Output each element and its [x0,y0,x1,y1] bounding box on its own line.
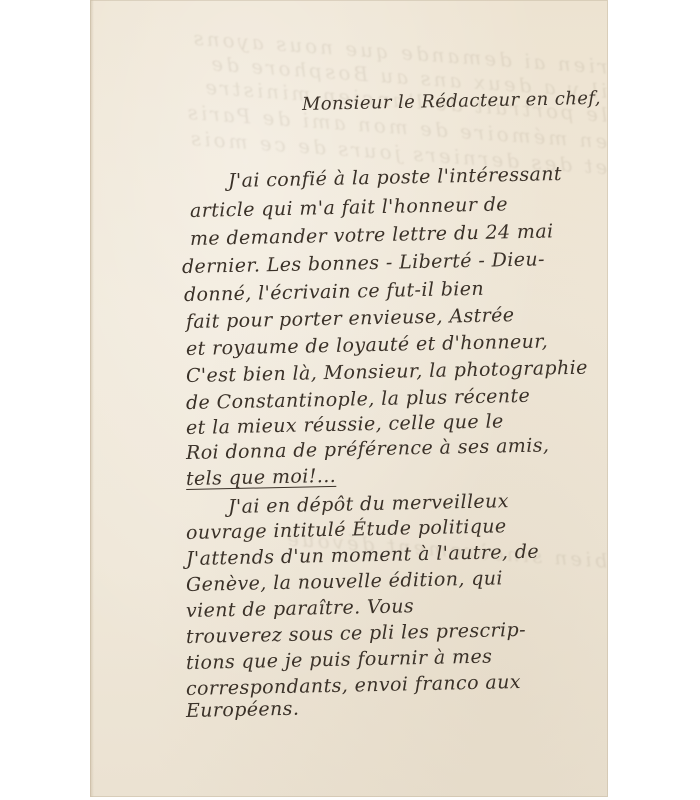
paper-edge [90,0,94,797]
letter-line: Roi donna de préférence à ses amis, [186,436,550,463]
letter-line: Genève, la nouvelle édition, qui [186,569,503,595]
image-viewport: rien ai demande que nous ayons il y a de… [0,0,700,800]
letter-line: C'est bien là, Monsieur, la photographie [186,359,588,386]
letter-line: ouvrage intitulé Étude politique [186,517,507,543]
letter-line: de Constantinople, la plus récente [186,387,531,413]
letter-line: Européens. [186,700,300,721]
salutation: Monsieur le Rédacteur en chef, [302,90,601,114]
letter-line: J'attends d'un moment à l'autre, de [186,543,539,569]
show-through-text: rien ai demande que nous ayons [130,21,608,78]
letter-line: J'ai confié à la poste l'intéressant [228,165,562,191]
letter-line: fait pour porter envieuse, Astrée [186,306,515,332]
letter-line: J'ai en dépôt du merveilleux [228,492,509,517]
letter-sheet: rien ai demande que nous ayons il y a de… [90,0,608,797]
letter-line: trouverez sous ce pli les prescrip- [186,621,526,647]
letter-line: tels que moi!... [186,467,336,489]
letter-line: et la mieux réussie, celle que le [186,412,504,438]
letter-line: vient de paraître. Vous [186,597,414,621]
letter-line: et royaume de loyauté et d'honneur, [186,332,549,359]
letter-line: article qui m'a fait l'honneur de [190,195,508,221]
letter-line: dernier. Les bonnes - Liberté - Dieu- [182,250,545,277]
letter-line: donné, l'écrivain ce fut-il bien [184,280,484,305]
letter-line: tions que je puis fournir à mes [186,648,493,673]
letter-line: me demander votre lettre du 24 mai [190,222,554,249]
letter-line: correspondants, envoi franco aux [186,673,521,699]
